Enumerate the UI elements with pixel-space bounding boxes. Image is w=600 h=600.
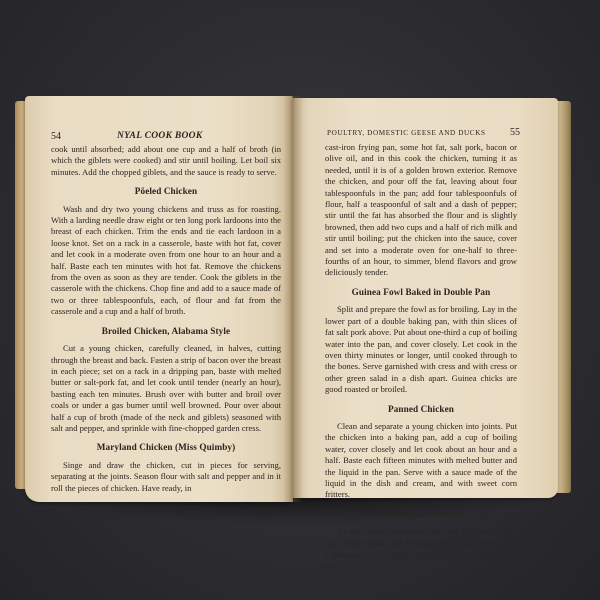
running-head-left: NYAL COOK BOOK — [117, 131, 202, 141]
recipe-text: To one cup of sweet corn pulp add the yo… — [325, 526, 517, 572]
left-page: 54 NYAL COOK BOOK cook until absorbed; a… — [25, 96, 293, 502]
recipe-title: Broiled Chicken, Alabama Style — [51, 326, 281, 337]
recipe-title: Maryland Chicken (Miss Quimby) — [51, 442, 281, 453]
right-page-body: cast-iron frying pan, some hot fat, salt… — [325, 142, 517, 572]
running-head-right: POULTRY, DOMESTIC GEESE AND DUCKS — [327, 129, 486, 137]
recipe-text: Singe and draw the chicken, cut in piece… — [51, 460, 281, 494]
open-cookbook: 54 NYAL COOK BOOK cook until absorbed; a… — [0, 0, 600, 600]
recipe-text: Cut a young chicken, carefully cleaned, … — [51, 343, 281, 434]
page-number-left: 54 — [51, 131, 61, 142]
continuation-text: cast-iron frying pan, some hot fat, salt… — [325, 142, 517, 279]
recipe-title: Panned Chicken — [325, 404, 517, 415]
continuation-text: cook until absorbed; add about one cup a… — [51, 144, 281, 178]
left-page-body: cook until absorbed; add about one cup a… — [51, 144, 281, 494]
book-gutter — [283, 96, 303, 502]
page-number-right: 55 — [510, 127, 520, 138]
recipe-title: Pöeled Chicken — [51, 186, 281, 197]
recipe-text: Split and prepare the fowl as for broili… — [325, 304, 517, 395]
recipe-text: Wash and dry two young chickens and trus… — [51, 204, 281, 318]
recipe-text: Clean and separate a young chicken into … — [325, 421, 517, 501]
recipe-title: Guinea Fowl Baked in Double Pan — [325, 287, 517, 298]
right-page-block-edge — [557, 101, 571, 493]
recipe-title: Sweet Corn Fritters — [325, 509, 517, 520]
right-page: POULTRY, DOMESTIC GEESE AND DUCKS 55 cas… — [292, 98, 558, 498]
